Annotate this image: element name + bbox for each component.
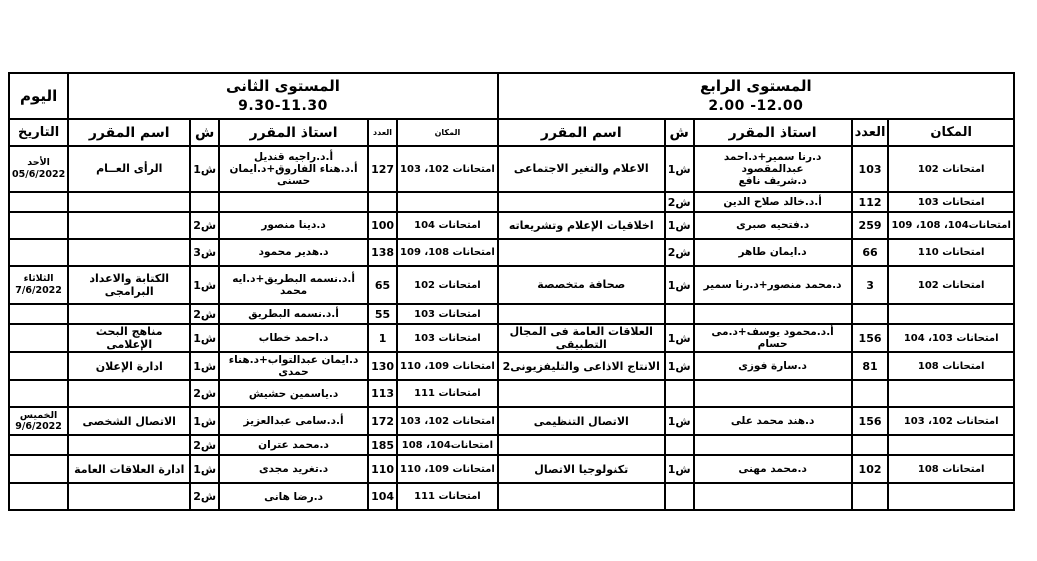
cell-level4-count: 103 xyxy=(852,146,889,192)
cell-level2-professor: أ.د.نسمه البطريق+د.ايه محمد xyxy=(219,266,368,304)
cell-level2-section: ش2 xyxy=(190,380,219,407)
level2-section-header: ش xyxy=(190,119,219,146)
cell-level4-count: 156 xyxy=(852,324,889,352)
level4-title: المستوى الرابع xyxy=(501,77,1011,97)
cell-level4-professor: أ.د.خالد صلاح الدين xyxy=(694,192,852,212)
cell-level4-place: امتحانات 102 xyxy=(888,266,1013,304)
cell-level4-place xyxy=(888,483,1013,510)
cell-level2-count: 185 xyxy=(368,435,397,455)
cell-level2-place: امتحانات 104 xyxy=(397,212,498,239)
cell-level4-section: ش1 xyxy=(665,212,694,239)
cell-level2-course xyxy=(68,435,190,455)
cell-level2-professor: د.ياسمين حشيش xyxy=(219,380,368,407)
schedule-row: امتحانات 111113د.ياسمين حشيشش2 xyxy=(9,380,1014,407)
cell-level2-professor: د.ايمان عبدالتواب+د.هناء حمدى xyxy=(219,352,368,380)
cell-level2-course: الرأى العــام xyxy=(68,146,190,192)
cell-level4-count xyxy=(852,380,889,407)
date-value: 9/6/2022 xyxy=(12,421,65,433)
cell-level4-professor: د.محمد منصور+د.رنا سمير xyxy=(694,266,852,304)
cell-level2-section: ش2 xyxy=(190,483,219,510)
cell-level4-place xyxy=(888,435,1013,455)
cell-level4-professor: أ.د.محمود يوسف+د.مى حسام xyxy=(694,324,852,352)
cell-level4-place xyxy=(888,304,1013,324)
level4-place-header: المكان xyxy=(888,119,1013,146)
cell-level2-course xyxy=(68,483,190,510)
cell-level2-count: 1 xyxy=(368,324,397,352)
cell-level2-count xyxy=(368,192,397,212)
cell-level4-section: ش1 xyxy=(665,146,694,192)
exam-schedule-table: المستوى الرابع 12.00- 2.00 المستوى الثان… xyxy=(8,72,1015,511)
cell-level2-professor: د.هدير محمود xyxy=(219,239,368,266)
cell-level2-place: امتحانات 103 xyxy=(397,304,498,324)
cell-level2-place: امتحانات 111 xyxy=(397,380,498,407)
schedule-row: امتحانات 108102د.محمد مهنىش1تكنولوجيا ال… xyxy=(9,455,1014,483)
cell-level4-course: صحافة متخصصة xyxy=(498,266,665,304)
cell-level4-count: 3 xyxy=(852,266,889,304)
date-value: 05/6/2022 xyxy=(12,169,65,181)
cell-level2-professor: د.محمد عتران xyxy=(219,435,368,455)
cell-level4-professor xyxy=(694,435,852,455)
cell-level2-count: 65 xyxy=(368,266,397,304)
date-column-header: التاريخ xyxy=(9,119,68,146)
cell-level2-section: ش1 xyxy=(190,146,219,192)
cell-level4-course xyxy=(498,483,665,510)
cell-level2-place: امتحانات 109، 110 xyxy=(397,352,498,380)
level4-professor-header: استاذ المقرر xyxy=(694,119,852,146)
schedule-row: امتحانات 1023د.محمد منصور+د.رنا سميرش1صح… xyxy=(9,266,1014,304)
cell-level4-course: العلاقات العامة فى المجال التطبيقى xyxy=(498,324,665,352)
cell-level4-professor: د.ايمان طاهر xyxy=(694,239,852,266)
cell-level4-place xyxy=(888,380,1013,407)
cell-level2-section: ش1 xyxy=(190,352,219,380)
level4-header-cell: المستوى الرابع 12.00- 2.00 xyxy=(498,73,1014,119)
schedule-row: امتحانات 10881د.سارة فوزىش1الانتاج الاذا… xyxy=(9,352,1014,380)
cell-level4-section: ش1 xyxy=(665,455,694,483)
level4-count-header: العدد xyxy=(852,119,889,146)
cell-level4-count: 156 xyxy=(852,407,889,435)
cell-level4-course xyxy=(498,304,665,324)
cell-level4-professor xyxy=(694,380,852,407)
day-name: الثلاثاء xyxy=(12,273,65,285)
cell-level4-section: ش2 xyxy=(665,239,694,266)
cell-level4-section: ش1 xyxy=(665,324,694,352)
cell-level4-section: ش1 xyxy=(665,266,694,304)
cell-level4-place: امتحانات 103 xyxy=(888,192,1013,212)
cell-level2-course xyxy=(68,239,190,266)
exam-schedule-document: المستوى الرابع 12.00- 2.00 المستوى الثان… xyxy=(0,0,1037,561)
level2-count-header: العدد xyxy=(368,119,397,146)
level4-time: 12.00- 2.00 xyxy=(501,97,1011,115)
cell-day-date xyxy=(9,352,68,380)
cell-level2-professor: د.تغريد مجدى xyxy=(219,455,368,483)
cell-level2-place: امتحانات 102، 103 xyxy=(397,146,498,192)
cell-level4-section: ش1 xyxy=(665,352,694,380)
cell-level4-professor xyxy=(694,483,852,510)
schedule-rows: امتحانات 102103د.رنا سمير+د.احمد عبدالمق… xyxy=(9,146,1014,510)
cell-level2-course xyxy=(68,212,190,239)
cell-level2-count: 110 xyxy=(368,455,397,483)
cell-level2-count: 127 xyxy=(368,146,397,192)
cell-day-date xyxy=(9,212,68,239)
schedule-row: امتحانات 11066د.ايمان طاهرش2امتحانات 108… xyxy=(9,239,1014,266)
cell-day-date xyxy=(9,455,68,483)
schedule-row: امتحانات 111104د.رضا هانىش2 xyxy=(9,483,1014,510)
cell-level4-course: تكنولوجيا الاتصال xyxy=(498,455,665,483)
cell-day-date: الأحد05/6/2022 xyxy=(9,146,68,192)
cell-level2-course: الاتصال الشخصى xyxy=(68,407,190,435)
cell-level4-course: الانتاج الاذاعى والتليفزيونى2 xyxy=(498,352,665,380)
cell-level4-professor: د.فتحيه صبرى xyxy=(694,212,852,239)
cell-level2-section xyxy=(190,192,219,212)
cell-level2-section: ش1 xyxy=(190,324,219,352)
cell-day-date xyxy=(9,483,68,510)
cell-day-date xyxy=(9,380,68,407)
date-value: 7/6/2022 xyxy=(12,285,65,297)
cell-level2-place: امتحانات 109، 110 xyxy=(397,455,498,483)
cell-level2-course: ادارة الإعلان xyxy=(68,352,190,380)
cell-level2-course: الكتابة والاعداد البرامجى xyxy=(68,266,190,304)
level2-course-header: اسم المقرر xyxy=(68,119,190,146)
cell-level2-course xyxy=(68,380,190,407)
cell-level4-count: 259 xyxy=(852,212,889,239)
cell-level2-course: ادارة العلاقات العامة xyxy=(68,455,190,483)
cell-level4-course xyxy=(498,380,665,407)
cell-level2-section: ش1 xyxy=(190,266,219,304)
cell-level4-count: 81 xyxy=(852,352,889,380)
cell-level2-place: امتحانات 102 xyxy=(397,266,498,304)
level2-place-header: المكان xyxy=(397,119,498,146)
cell-level4-place: امتحانات 102 xyxy=(888,146,1013,192)
level2-header-cell: المستوى الثانى 9.30-11.30 xyxy=(68,73,498,119)
cell-level2-section: ش2 xyxy=(190,304,219,324)
cell-level4-course: الاتصال التنظيمى xyxy=(498,407,665,435)
cell-level2-course xyxy=(68,304,190,324)
cell-day-date xyxy=(9,239,68,266)
cell-level4-count xyxy=(852,483,889,510)
cell-level2-place xyxy=(397,192,498,212)
cell-level4-count: 112 xyxy=(852,192,889,212)
cell-level2-place: امتحانات 108، 109 xyxy=(397,239,498,266)
cell-level2-course xyxy=(68,192,190,212)
cell-level4-section xyxy=(665,483,694,510)
cell-level4-section: ش1 xyxy=(665,407,694,435)
cell-day-date xyxy=(9,304,68,324)
cell-level2-count: 55 xyxy=(368,304,397,324)
level4-section-header: ش xyxy=(665,119,694,146)
cell-level2-place: امتحانات 102، 103 xyxy=(397,407,498,435)
level2-title: المستوى الثانى xyxy=(71,77,495,97)
schedule-row: امتحانات104، 108، 109259د.فتحيه صبرىش1اخ… xyxy=(9,212,1014,239)
column-header-row: المكان العدد استاذ المقرر ش اسم المقرر ا… xyxy=(9,119,1014,146)
cell-level4-course xyxy=(498,239,665,266)
cell-level4-professor: د.هند محمد على xyxy=(694,407,852,435)
cell-level4-course: الاعلام والتغير الاجتماعى xyxy=(498,146,665,192)
cell-level2-professor: أ.د.نسمه البطريق xyxy=(219,304,368,324)
cell-level4-place: امتحانات 110 xyxy=(888,239,1013,266)
cell-level2-section: ش1 xyxy=(190,455,219,483)
day-name: الأحد xyxy=(12,157,65,169)
cell-level2-count: 138 xyxy=(368,239,397,266)
cell-level2-section: ش3 xyxy=(190,239,219,266)
day-name: الخميس xyxy=(12,410,65,422)
cell-level4-section xyxy=(665,304,694,324)
cell-level2-section: ش2 xyxy=(190,435,219,455)
level2-time: 9.30-11.30 xyxy=(71,97,495,115)
cell-level4-professor: د.سارة فوزى xyxy=(694,352,852,380)
cell-level4-section: ش2 xyxy=(665,192,694,212)
day-column-header: اليوم xyxy=(9,73,68,119)
schedule-row: امتحانات 102103د.رنا سمير+د.احمد عبدالمق… xyxy=(9,146,1014,192)
cell-level2-professor: د.احمد خطاب xyxy=(219,324,368,352)
cell-level2-course: مناهج البحث الإعلامى xyxy=(68,324,190,352)
cell-day-date xyxy=(9,435,68,455)
cell-level4-count: 66 xyxy=(852,239,889,266)
cell-level4-course xyxy=(498,435,665,455)
cell-level4-section xyxy=(665,435,694,455)
level-header-row: المستوى الرابع 12.00- 2.00 المستوى الثان… xyxy=(9,73,1014,119)
cell-day-date xyxy=(9,192,68,212)
schedule-row: امتحانات 10355أ.د.نسمه البطريقش2 xyxy=(9,304,1014,324)
schedule-row: امتحانات 102، 103156د.هند محمد علىش1الات… xyxy=(9,407,1014,435)
cell-level2-professor xyxy=(219,192,368,212)
cell-level4-professor: د.رنا سمير+د.احمد عبدالمقصود د.شريف نافع xyxy=(694,146,852,192)
cell-level4-place: امتحانات 108 xyxy=(888,352,1013,380)
cell-level2-count: 104 xyxy=(368,483,397,510)
cell-level2-professor: د.دينا منصور xyxy=(219,212,368,239)
level4-course-header: اسم المقرر xyxy=(498,119,665,146)
cell-level2-professor: أ.د.سامى عبدالعزيز xyxy=(219,407,368,435)
cell-level2-professor: د.رضا هانى xyxy=(219,483,368,510)
level2-professor-header: استاذ المقرر xyxy=(219,119,368,146)
cell-level2-count: 113 xyxy=(368,380,397,407)
cell-day-date: الثلاثاء7/6/2022 xyxy=(9,266,68,304)
cell-level2-place: امتحانات 103 xyxy=(397,324,498,352)
cell-level2-count: 100 xyxy=(368,212,397,239)
cell-level4-professor xyxy=(694,304,852,324)
cell-day-date xyxy=(9,324,68,352)
cell-level4-professor: د.محمد مهنى xyxy=(694,455,852,483)
cell-level2-place: امتحانات104، 108 xyxy=(397,435,498,455)
cell-level4-place: امتحانات 108 xyxy=(888,455,1013,483)
cell-level2-place: امتحانات 111 xyxy=(397,483,498,510)
cell-level4-course xyxy=(498,192,665,212)
cell-level4-place: امتحانات 103، 104 xyxy=(888,324,1013,352)
cell-level4-place: امتحانات 102، 103 xyxy=(888,407,1013,435)
cell-level2-section: ش2 xyxy=(190,212,219,239)
cell-level4-course: اخلاقيات الإعلام وتشريعاته xyxy=(498,212,665,239)
cell-level2-professor: أ.د.راجيه قنديل أ.د.هناء الفاروق+د.ايمان… xyxy=(219,146,368,192)
schedule-row: امتحانات 103، 104156أ.د.محمود يوسف+د.مى … xyxy=(9,324,1014,352)
cell-level2-count: 172 xyxy=(368,407,397,435)
cell-level4-count: 102 xyxy=(852,455,889,483)
cell-level4-count xyxy=(852,304,889,324)
schedule-row: امتحانات104، 108185د.محمد عترانش2 xyxy=(9,435,1014,455)
cell-level4-count xyxy=(852,435,889,455)
cell-day-date: الخميس9/6/2022 xyxy=(9,407,68,435)
cell-level2-count: 130 xyxy=(368,352,397,380)
cell-level4-place: امتحانات104، 108، 109 xyxy=(888,212,1013,239)
cell-level4-section xyxy=(665,380,694,407)
cell-level2-section: ش1 xyxy=(190,407,219,435)
schedule-row: امتحانات 103112أ.د.خالد صلاح الدينش2 xyxy=(9,192,1014,212)
